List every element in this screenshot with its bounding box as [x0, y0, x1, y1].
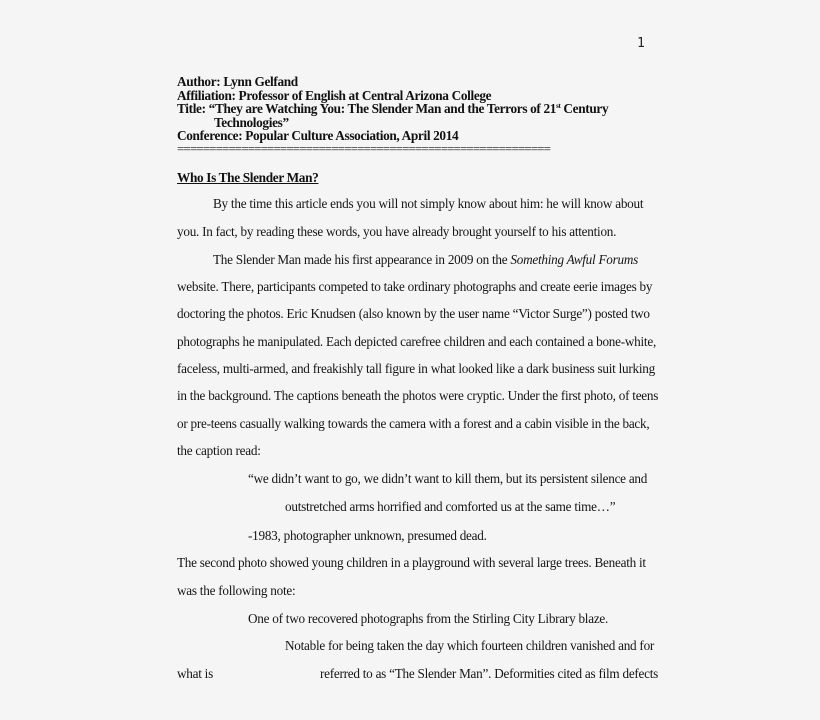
- quote-line-continued: referred to as “The Slender Man”. Deform…: [320, 666, 658, 682]
- paragraph-line: The Slender Man made his first appearanc…: [213, 252, 638, 268]
- paper-metadata: Author: Lynn Gelfand Affiliation: Profes…: [177, 75, 608, 155]
- paragraph-line: faceless, multi-armed, and freakishly ta…: [177, 361, 655, 377]
- paragraph-line: By the time this article ends you will n…: [213, 196, 643, 212]
- forum-name-italic: Something Awful Forums: [510, 252, 638, 267]
- section-heading: Who Is The Slender Man?: [177, 170, 318, 186]
- paragraph-line: photographs he manipulated. Each depicte…: [177, 334, 656, 350]
- paragraph-line: the caption read:: [177, 443, 261, 459]
- quote-line: “we didn’t want to go, we didn’t want to…: [248, 471, 647, 487]
- page-number: 1: [637, 36, 645, 51]
- separator-rule: ========================================…: [177, 143, 577, 155]
- author-line: Author: Lynn Gelfand: [177, 75, 608, 89]
- quote-line-start: what is: [177, 666, 213, 682]
- title-line: Title: “They are Watching You: The Slend…: [177, 102, 608, 116]
- paragraph-text: The Slender Man made his first appearanc…: [213, 252, 510, 267]
- paragraph-line: or pre-teens casually walking towards th…: [177, 416, 649, 432]
- quote-line: Notable for being taken the day which fo…: [285, 638, 654, 654]
- conference-line: Conference: Popular Culture Association,…: [177, 129, 608, 143]
- quote-line: outstretched arms horrified and comforte…: [285, 499, 615, 515]
- paragraph-line: in the background. The captions beneath …: [177, 388, 658, 404]
- paragraph-line: was the following note:: [177, 583, 295, 599]
- paragraph-line: The second photo showed young children i…: [177, 555, 646, 571]
- quote-line: One of two recovered photographs from th…: [248, 611, 608, 627]
- title-text-end: Century: [560, 101, 608, 116]
- quote-attribution: -1983, photographer unknown, presumed de…: [248, 528, 487, 544]
- title-text: Title: “They are Watching You: The Slend…: [177, 101, 556, 116]
- affiliation-line: Affiliation: Professor of English at Cen…: [177, 89, 608, 103]
- paragraph-line: you. In fact, by reading these words, yo…: [177, 224, 616, 240]
- paragraph-line: website. There, participants competed to…: [177, 279, 652, 295]
- paragraph-line: doctoring the photos. Eric Knudsen (also…: [177, 306, 650, 322]
- title-line-continuation: Technologies”: [177, 116, 608, 130]
